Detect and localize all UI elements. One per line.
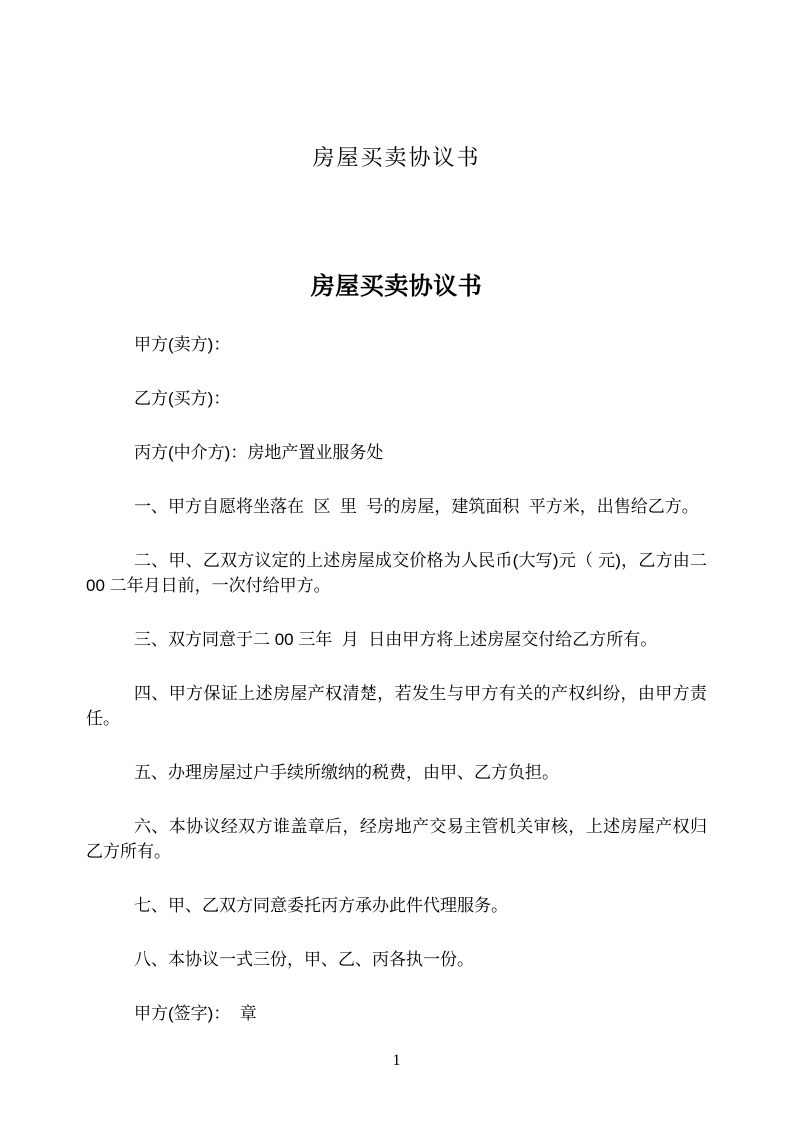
clause-2: 二、甲、乙双方议定的上述房屋成交价格为人民币(大写)元（ 元)，乙方由二 00 … (86, 548, 707, 598)
clause-5: 五、办理房屋过户手续所缴纳的税费，由甲、乙方负担。 (86, 760, 707, 785)
clause-4: 四、甲方保证上述房屋产权清楚，若发生与甲方有关的产权纠纷，由甲方责任。 (86, 681, 707, 731)
party-b-line: 乙方(买方)： (86, 386, 707, 411)
clause-6: 六、本协议经双方谁盖章后，经房地产交易主管机关审核，上述房屋产权归乙方所有。 (86, 814, 707, 864)
clause-1: 一、甲方自愿将坐落在 区 里 号的房屋，建筑面积 平方米，出售给乙方。 (86, 494, 707, 519)
party-c-line: 丙方(中介方)：房地产置业服务处 (86, 440, 707, 465)
clause-7: 七、甲、乙双方同意委托丙方承办此件代理服务。 (86, 893, 707, 918)
clause-3: 三、双方同意于二 00 三年 月 日由甲方将上述房屋交付给乙方所有。 (86, 627, 707, 652)
document-page: 房屋买卖协议书 房屋买卖协议书 甲方(卖方)： 乙方(买方)： 丙方(中介方)：… (0, 0, 793, 1122)
document-body: 甲方(卖方)： 乙方(买方)： 丙方(中介方)：房地产置业服务处 一、甲方自愿将… (86, 332, 707, 1026)
document-main-title: 房屋买卖协议书 (0, 270, 793, 304)
document-header-title: 房屋买卖协议书 (0, 0, 793, 173)
clause-8: 八、本协议一式三份，甲、乙、丙各执一份。 (86, 947, 707, 972)
page-number: 1 (0, 1050, 793, 1072)
party-a-line: 甲方(卖方)： (86, 332, 707, 357)
signature-line: 甲方(签字)： 章 (86, 1001, 707, 1026)
